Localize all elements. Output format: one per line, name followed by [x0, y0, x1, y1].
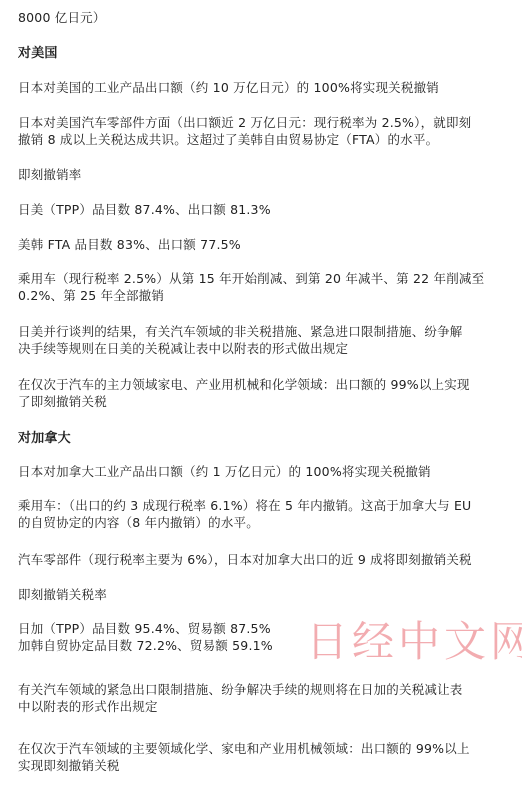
heading-text: 对美国: [18, 46, 58, 61]
text-line: 中以附表的形式作出规定: [18, 698, 463, 715]
paragraph-usa-major-sectors: 在仅次于汽车的主力领域家电、产业用机械和化学领域：出口额的 99%以上实现 了即…: [18, 376, 470, 410]
text-line: 汽车零部件（现行税率主要为 6%），日本对加拿大出口的近 9 成将即刻撤销关税: [18, 552, 472, 567]
text-line: 在仅次于汽车领域的主要领域化学、家电和产业用机械领域：出口额的 99%以上: [18, 740, 470, 757]
text-line: 日本对美国汽车零部件方面（出口额近 2 万亿日元：现行税率为 2.5%），就即刻: [18, 114, 471, 131]
section-heading-usa: 对美国: [18, 45, 58, 62]
text-line: 加韩自贸协定品目数 72.2%、贸易额 59.1%: [18, 637, 273, 654]
paragraph-us-korea-fta-rate: 美韩 FTA 品目数 83%、出口额 77.5%: [18, 236, 241, 253]
text-line: 有关汽车领域的紧急出口限制措施、纷争解决手续的规则将在日加的关税减让表: [18, 681, 463, 698]
paragraph-canada-emergency-measures: 有关汽车领域的紧急出口限制措施、纷争解决手续的规则将在日加的关税减让表 中以附表…: [18, 681, 463, 715]
paragraph-canada-industrial-exports: 日本对加拿大工业产品出口额（约 1 万亿日元）的 100%将实现关税撤销: [18, 463, 431, 480]
paragraph-canada-auto-parts: 汽车零部件（现行税率主要为 6%），日本对加拿大出口的近 9 成将即刻撤销关税: [18, 551, 472, 568]
paragraph-japan-us-tpp-rate: 日美（TPP）品目数 87.4%、出口额 81.3%: [18, 201, 271, 218]
text-line: 日加（TPP）品目数 95.4%、贸易额 87.5%: [18, 620, 273, 637]
paragraph-passenger-car-schedule: 乘用车（现行税率 2.5%）从第 15 年开始削减、到第 20 年减半、第 22…: [18, 270, 484, 304]
text-line: 日本对美国的工业产品出口额（约 10 万亿日元）的 100%将实现关税撤销: [18, 80, 439, 95]
text-line: 日本对加拿大工业产品出口额（约 1 万亿日元）的 100%将实现关税撤销: [18, 464, 431, 479]
text-line: 乘用车（现行税率 2.5%）从第 15 年开始削减、到第 20 年减半、第 22…: [18, 270, 484, 287]
paragraph-canada-immediate-rate-label: 即刻撤销关税率: [18, 586, 107, 603]
paragraph-usa-auto-parts: 日本对美国汽车零部件方面（出口额近 2 万亿日元：现行税率为 2.5%），就即刻…: [18, 114, 471, 148]
text-line: 乘用车：（出口的约 3 成现行税率 6.1%）将在 5 年内撤销。这高于加拿大与…: [18, 497, 471, 514]
text-line: 0.2%、第 25 年全部撤销: [18, 287, 484, 304]
text-line: 撤销 8 成以上关税达成共识。这超过了美韩自由贸易协定（FTA）的水平。: [18, 131, 471, 148]
watermark-logo: 日经中文网: [306, 617, 522, 667]
text-line: 美韩 FTA 品目数 83%、出口额 77.5%: [18, 237, 241, 252]
text-line: 了即刻撤销关税: [18, 393, 470, 410]
paragraph-usa-industrial-exports: 日本对美国的工业产品出口额（约 10 万亿日元）的 100%将实现关税撤销: [18, 79, 439, 96]
paragraph-parallel-negotiation: 日美并行谈判的结果，有关汽车领域的非关税措施、紧急进口限制措施、纷争解 决手续等…: [18, 323, 463, 357]
text-line: 即刻撤销率: [18, 167, 82, 182]
paragraph-canada-rates: 日加（TPP）品目数 95.4%、贸易额 87.5% 加韩自贸协定品目数 72.…: [18, 620, 273, 654]
paragraph-canada-major-sectors: 在仅次于汽车领域的主要领域化学、家电和产业用机械领域：出口额的 99%以上 实现…: [18, 740, 470, 774]
text-line: 在仅次于汽车的主力领域家电、产业用机械和化学领域：出口额的 99%以上实现: [18, 376, 470, 393]
text-line: 实现即刻撤销关税: [18, 757, 470, 774]
text-line: 8000 亿日元）: [18, 10, 106, 25]
section-heading-canada: 对加拿大: [18, 430, 71, 447]
text-line: 日美并行谈判的结果，有关汽车领域的非关税措施、紧急进口限制措施、纷争解: [18, 323, 463, 340]
paragraph-continuation: 8000 亿日元）: [18, 9, 106, 26]
text-line: 即刻撤销关税率: [18, 587, 107, 602]
paragraph-canada-passenger-car: 乘用车：（出口的约 3 成现行税率 6.1%）将在 5 年内撤销。这高于加拿大与…: [18, 497, 471, 531]
heading-text: 对加拿大: [18, 431, 71, 446]
paragraph-immediate-rate-label: 即刻撤销率: [18, 166, 82, 183]
text-line: 日美（TPP）品目数 87.4%、出口额 81.3%: [18, 202, 271, 217]
text-line: 的自贸协定的内容（8 年内撤销）的水平。: [18, 514, 471, 531]
text-line: 决手续等规则在日美的关税减让表中以附表的形式做出规定: [18, 340, 463, 357]
watermark-text: 日经中文网: [306, 617, 522, 666]
